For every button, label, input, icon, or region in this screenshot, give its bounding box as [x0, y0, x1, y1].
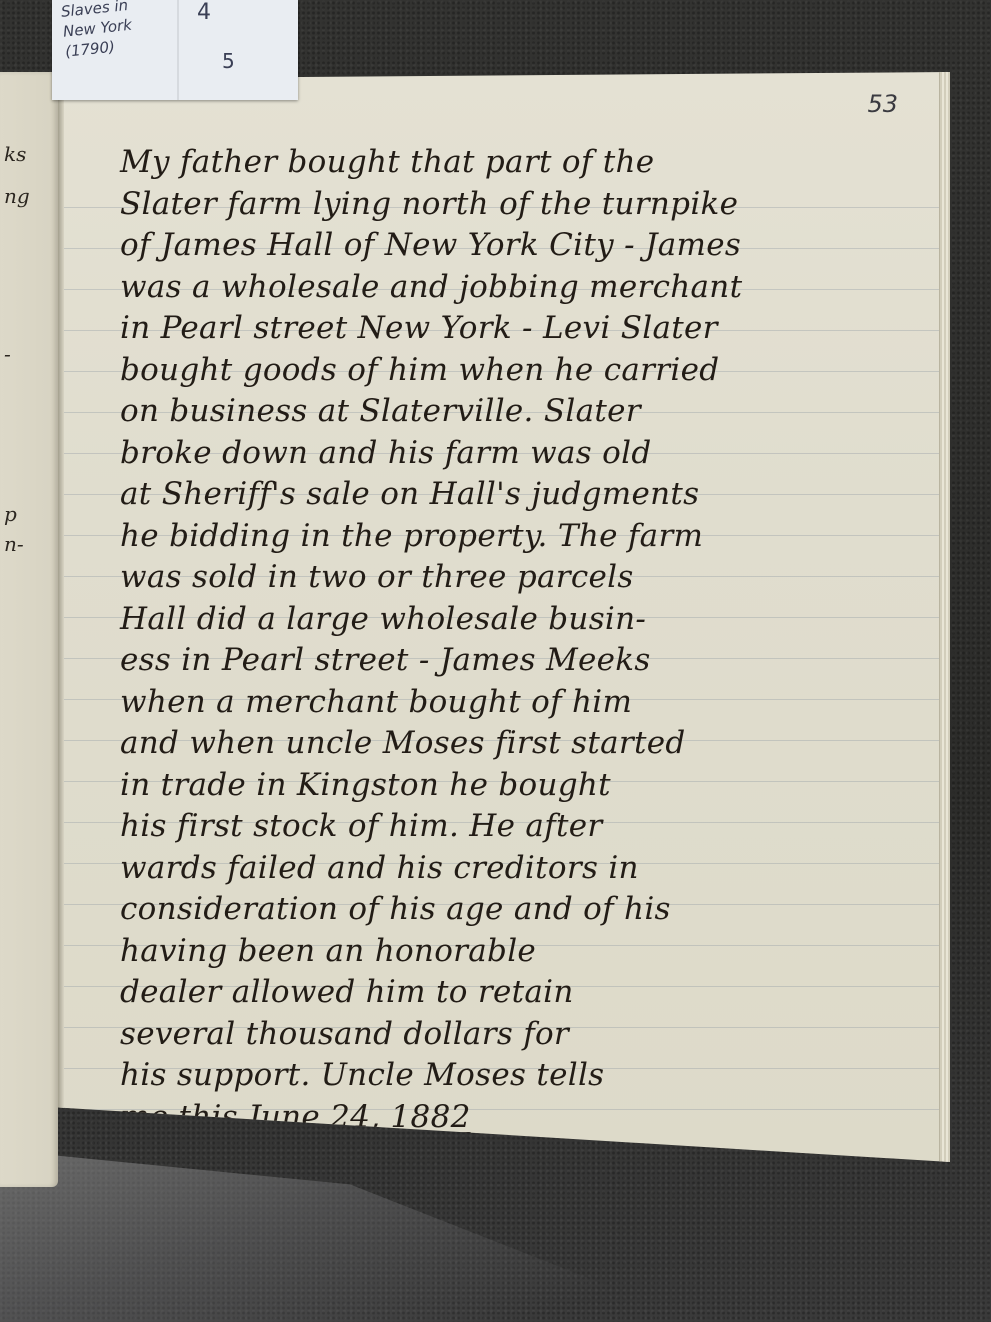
manuscript-line: Hall did a large wholesale busin-: [120, 599, 920, 641]
manuscript-line: and when uncle Moses first started: [120, 723, 920, 765]
page-edges: [939, 72, 950, 1162]
left-page: ks ng - p n-: [0, 72, 58, 1187]
manuscript-line: when a merchant bought of him: [120, 682, 920, 724]
manuscript-line: My father bought that part of the: [120, 142, 920, 184]
left-page-fragment: ng: [4, 184, 30, 208]
sticky-note-numbers: 4 5: [197, 0, 211, 26]
left-page-fragment: n-: [4, 532, 24, 556]
sticky-note: Slaves in New York (1790) 4 5: [52, 0, 298, 100]
manuscript-line: Slater farm lying north of the turnpike: [120, 184, 920, 226]
sticky-note-number: 5: [222, 48, 235, 74]
manuscript-page: 53 My father bought that part of the Sla…: [58, 72, 950, 1162]
manuscript-line: wards failed and his creditors in: [120, 848, 920, 890]
sticky-note-fold: [177, 0, 179, 100]
manuscript-line: bought goods of him when he carried: [120, 350, 920, 392]
manuscript-line: on business at Slaterville. Slater: [120, 391, 920, 433]
manuscript-line: in trade in Kingston he bought: [120, 765, 920, 807]
manuscript-line: dealer allowed him to retain: [120, 972, 920, 1014]
left-page-fragment: -: [4, 342, 11, 366]
manuscript-line: he bidding in the property. The farm: [120, 516, 920, 558]
manuscript-line: having been an honorable: [120, 931, 920, 973]
manuscript-line: consideration of his age and of his: [120, 889, 920, 931]
manuscript-line: at Sheriff's sale on Hall's judgments: [120, 474, 920, 516]
manuscript-text: My father bought that part of the Slater…: [120, 142, 920, 1138]
manuscript-line: broke down and his farm was old: [120, 433, 920, 475]
manuscript-line: in Pearl street New York - Levi Slater: [120, 308, 920, 350]
left-page-fragment: p: [4, 502, 17, 526]
manuscript-line: was a wholesale and jobbing merchant: [120, 267, 920, 309]
manuscript-line: was sold in two or three parcels: [120, 557, 920, 599]
manuscript-line: ess in Pearl street - James Meeks: [120, 640, 920, 682]
manuscript-line: his first stock of him. He after: [120, 806, 920, 848]
manuscript-line: several thousand dollars for: [120, 1014, 920, 1056]
left-page-fragment: ks: [4, 142, 26, 166]
page-number: 53: [867, 90, 898, 118]
sticky-note-number: 4: [197, 0, 211, 25]
sticky-note-label: Slaves in New York (1790): [60, 0, 176, 62]
manuscript-line: his support. Uncle Moses tells: [120, 1055, 920, 1097]
manuscript-line: of James Hall of New York City - James: [120, 225, 920, 267]
